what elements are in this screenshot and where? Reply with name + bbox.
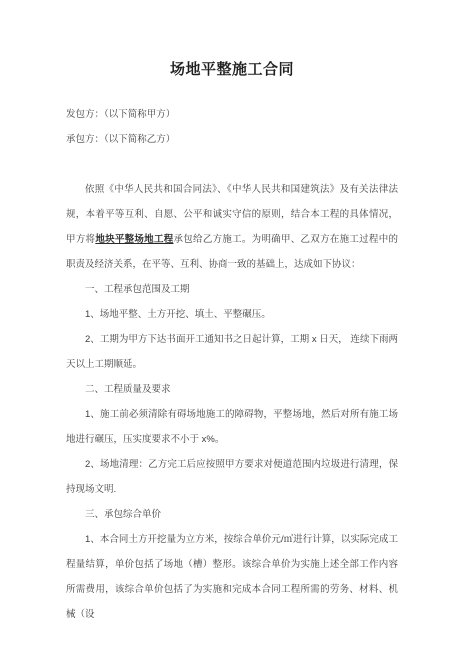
section-2-item-1: 1、施工前必须清除有碍场地施工的障碍物，平整场地，然后对所有施工场地进行碾压，压… xyxy=(66,402,398,452)
section-2-heading: 二、工程质量及要求 xyxy=(66,377,398,402)
party-a-line: 发包方：（以下简称甲方） xyxy=(66,102,398,127)
parties-block: 发包方：（以下简称甲方） 承包方：（以下简称乙方） xyxy=(66,102,398,152)
document-title: 场地平整施工合同 xyxy=(66,60,398,80)
contract-document-page: 场地平整施工合同 发包方：（以下简称甲方） 承包方：（以下简称乙方） 依照《中华… xyxy=(0,0,463,655)
section-1-item-1: 1、场地平整、土方开挖、填土、平整碾压。 xyxy=(66,302,398,327)
section-2-item-2: 2、场地清理：乙方完工后应按照甲方要求对便道范围内垃圾进行清理，保持现场文明. xyxy=(66,452,398,502)
party-b-line: 承包方：（以下简称乙方） xyxy=(66,127,398,152)
section-1-item-2: 2、工期为甲方下达书面开工通知书之日起计算，工期 x 日天， 连续下雨两天以上工… xyxy=(66,327,398,377)
section-1-heading: 一、工程承包范围及工期 xyxy=(66,277,398,302)
preamble-paragraph: 依照《中华人民共和国合同法》、《中华人民共和国建筑法》及有关法律法规，本着平等互… xyxy=(66,177,398,277)
section-3-item-1: 1、本合同土方开挖量为立方米，按综合单价元/㎥进行计算，以实际完成工程量结算，单… xyxy=(66,527,398,627)
section-3-heading: 三、承包综合单价 xyxy=(66,502,398,527)
project-name-emphasis: 地块平整场地工程 xyxy=(95,234,173,245)
